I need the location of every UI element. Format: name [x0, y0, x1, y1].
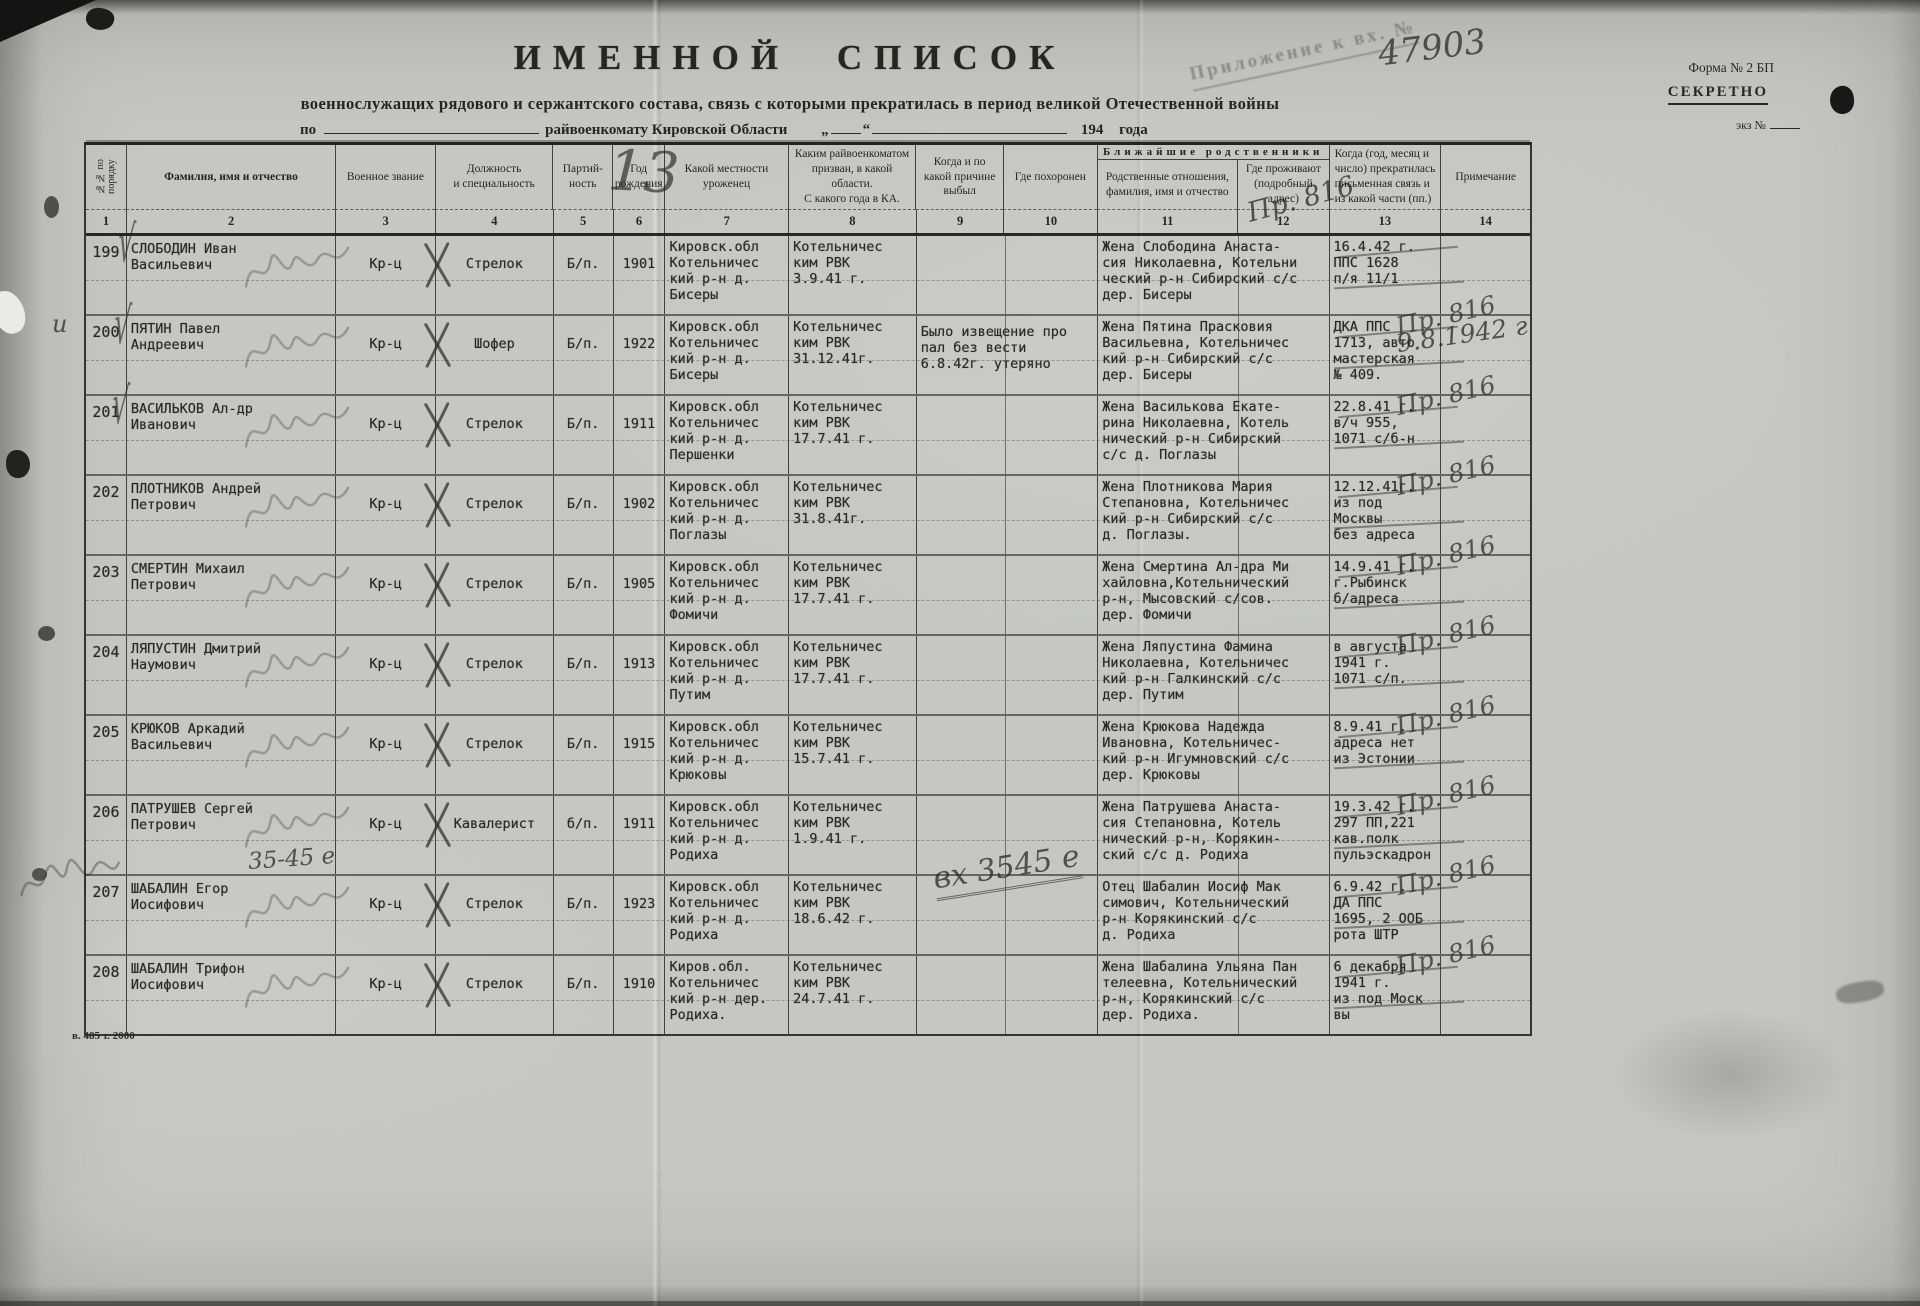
form-number: Форма № 2 БП — [1688, 60, 1774, 76]
cell-draft-office: Котельничес ким РВК 3.9.41 г. — [788, 236, 916, 314]
cell-relatives: Жена Слободина Анаста- сия Николаевна, К… — [1097, 236, 1328, 314]
cell-party: Б/п. — [553, 636, 613, 714]
cell-relatives: Отец Шабалин Иосиф Мак симович, Котельни… — [1097, 876, 1328, 954]
cell-relatives: Жена Ляпустина Фамина Николаевна, Котель… — [1097, 636, 1328, 714]
cell-relatives: Жена Пятина Прасковия Васильевна, Котель… — [1097, 316, 1328, 394]
casualty-list-table: №№ по порядку Фамилия, имя и отчество Во… — [84, 142, 1532, 1036]
cell-birth-year: 1910 — [613, 956, 665, 1034]
cell-origin: Кировск.обл Котельничес кий р-н д. Бисер… — [664, 316, 788, 394]
pencil-x-mark — [420, 880, 454, 930]
cell-birth-year: 1911 — [613, 796, 665, 874]
blank-line — [872, 120, 1067, 134]
table-row: 208 ШАБАЛИН Трифон Иосифович Кр-ц Стрело… — [86, 956, 1530, 1034]
cell-row-number: 201 — [86, 396, 126, 474]
cell-origin: Кировск.обл Котельничес кий р-н д. Крюко… — [664, 716, 788, 794]
table-row: 203 СМЕРТИН Михаил Петрович Кр-ц Стрелок… — [86, 556, 1530, 636]
cell-party: б/п. — [553, 796, 613, 874]
col-number: 3 — [335, 209, 435, 233]
punch-hole — [6, 450, 30, 478]
cell-birth-year: 1901 — [613, 236, 665, 314]
col-number: 1 — [86, 209, 126, 233]
cell-birth-year: 1905 — [613, 556, 665, 634]
col-group-relatives: Ближайшие родственники Родственные отнош… — [1097, 145, 1329, 209]
ink-blob — [1828, 84, 1856, 115]
cell-loss-reason — [916, 876, 1097, 954]
cell-birth-year: 1902 — [613, 476, 665, 554]
col-header-last-contact: Когда (год, месяц и число) прекратилась … — [1329, 145, 1441, 209]
cell-party: Б/п. — [553, 396, 613, 474]
cell-party: Б/п. — [553, 236, 613, 314]
table-row: 201 ВАСИЛЬКОВ Ал-др Иванович Кр-ц Стрело… — [86, 396, 1530, 476]
table-row: 205 КРЮКОВ Аркадий Васильевич Кр-ц Стрел… — [86, 716, 1530, 796]
year-prefix: 194 — [1081, 122, 1104, 138]
col-header-rank: Военное звание — [335, 145, 435, 209]
blank-line — [1770, 119, 1800, 129]
cell-party: Б/п. — [553, 956, 613, 1034]
col-number: 6 — [613, 209, 665, 233]
print-run-code: в. 485 т. 2000 — [72, 1030, 135, 1042]
cell-origin: Кировск.обл Котельничес кий р-н д. Перше… — [664, 396, 788, 474]
cell-birth-year: 1913 — [613, 636, 665, 714]
cell-draft-office: Котельничес ким РВК 31.8.41г. — [788, 476, 916, 554]
scan-edge-shadow — [0, 1301, 1920, 1306]
col-number: 10 — [1003, 209, 1097, 233]
year-suffix: года — [1119, 122, 1148, 138]
col-number: 8 — [788, 209, 916, 233]
table-body: 199 СЛОБОДИН Иван Васильевич Кр-ц Стрело… — [86, 236, 1530, 1034]
cell-relatives: Жена Шабалина Ульяна Пан телеевна, Котел… — [1097, 956, 1328, 1034]
scanned-document-page: ИМЕННОЙ СПИСОК военнослужащих рядового и… — [0, 0, 1920, 1306]
col-header-loss-reason: Когда и по какой причине выбыл — [915, 145, 1003, 209]
cell-loss-reason — [916, 956, 1097, 1034]
cell-relatives: Жена Плотникова Мария Степановна, Котель… — [1097, 476, 1328, 554]
pencil-x-mark — [420, 560, 454, 610]
cell-origin: Киров.обл. Котельничес кий р-н дер. Роди… — [664, 956, 788, 1034]
col-header-name: Фамилия, имя и отчество — [126, 145, 335, 209]
cell-draft-office: Котельничес ким РВК 24.7.41 г. — [788, 956, 916, 1034]
cell-loss-reason — [916, 396, 1097, 474]
punch-hole — [44, 196, 59, 218]
quote-open: „ — [821, 122, 829, 138]
cell-birth-year: 1923 — [613, 876, 665, 954]
col-number: 12 — [1237, 209, 1329, 233]
cell-party: Б/п. — [553, 316, 613, 394]
col-header-relation: Родственные отношения, фамилия, имя и от… — [1098, 160, 1237, 209]
cell-row-number: 199 — [86, 236, 126, 314]
cell-row-number: 204 — [86, 636, 126, 714]
cell-draft-office: Котельничес ким РВК 18.6.42 г. — [788, 876, 916, 954]
cell-origin: Кировск.обл Котельничес кий р-н д. Родих… — [664, 876, 788, 954]
ink-blob — [84, 5, 116, 33]
col-number: 9 — [916, 209, 1004, 233]
quote-close: “ — [863, 122, 871, 138]
cell-draft-office: Котельничес ким РВК 17.7.41 г. — [788, 396, 916, 474]
col-header-party: Партий- ность — [552, 145, 612, 209]
document-subtitle: военнослужащих рядового и сержантского с… — [70, 94, 1510, 114]
cell-relatives: Жена Крюкова Надежда Ивановна, Котельнич… — [1097, 716, 1328, 794]
cell-row-number: 205 — [86, 716, 126, 794]
cell-relatives: Жена Смертина Ал-дра Ми хайловна,Котельн… — [1097, 556, 1328, 634]
blank-line — [831, 120, 861, 134]
cell-party: Б/п. — [553, 476, 613, 554]
cell-row-number: 200 — [86, 316, 126, 394]
col-header-burial: Где похоронен — [1003, 145, 1097, 209]
cell-birth-year: 1922 — [613, 316, 665, 394]
header-row: №№ по порядку Фамилия, имя и отчество Во… — [86, 145, 1530, 209]
cell-party: Б/п. — [553, 556, 613, 634]
cell-row-number: 207 — [86, 876, 126, 954]
cell-loss-reason — [916, 636, 1097, 714]
cell-relatives: Жена Патрушева Анаста- сия Степановна, К… — [1097, 796, 1328, 874]
cell-origin: Кировск.обл Котельничес кий р-н д. Погла… — [664, 476, 788, 554]
cell-loss-reason — [916, 476, 1097, 554]
paper-tear — [0, 286, 30, 337]
cell-draft-office: Котельничес ким РВК 17.7.41 г. — [788, 556, 916, 634]
cell-draft-office: Котельничес ким РВК 1.9.41 г. — [788, 796, 916, 874]
cell-origin: Кировск.обл Котельничес кий р-н д. Родих… — [664, 796, 788, 874]
cell-loss-reason — [916, 556, 1097, 634]
col-number: 2 — [126, 209, 335, 233]
rvk-fill-line: порайвоенкомату Кировской Области „“ 194… — [84, 120, 1532, 139]
po-label: по — [300, 122, 316, 138]
cell-birth-year: 1911 — [613, 396, 665, 474]
pencil-x-mark — [420, 640, 454, 690]
copy-number-line: экз № — [1736, 118, 1800, 133]
rvk-label: райвоенкомату Кировской Области — [545, 122, 787, 138]
col-header-note: Примечание — [1440, 145, 1530, 209]
cell-loss-reason — [916, 796, 1097, 874]
cell-draft-office: Котельничес ким РВК 15.7.41 г. — [788, 716, 916, 794]
col-header-birth-year: Год рождения — [612, 145, 664, 209]
col-header-origin: Какой местности уроженец — [664, 145, 788, 209]
secrecy-stamp: СЕКРЕТНО — [1668, 84, 1768, 105]
pencil-x-mark — [420, 240, 454, 290]
cell-row-number: 206 — [86, 796, 126, 874]
cell-row-number: 203 — [86, 556, 126, 634]
pencil-x-mark — [420, 480, 454, 530]
col-number: 13 — [1329, 209, 1441, 233]
punch-hole — [38, 626, 55, 641]
col-number: 14 — [1440, 209, 1530, 233]
col-number: 11 — [1097, 209, 1237, 233]
blank-line — [324, 120, 539, 134]
cell-draft-office: Котельничес ким РВК 17.7.41 г. — [788, 636, 916, 714]
paper-stain — [1560, 980, 1900, 1170]
table-row: 202 ПЛОТНИКОВ Андрей Петрович Кр-ц Стрел… — [86, 476, 1530, 556]
col-header-address: Где проживают (подробный адрес) — [1237, 160, 1329, 209]
cell-loss-reason — [916, 716, 1097, 794]
column-numbers-row: 1 2 3 4 5 6 7 8 9 10 11 12 13 14 — [86, 209, 1530, 233]
cell-row-number: 202 — [86, 476, 126, 554]
paper-smudge — [1835, 978, 1886, 1006]
pencil-x-mark — [420, 320, 454, 370]
table-row: 199 СЛОБОДИН Иван Васильевич Кр-ц Стрело… — [86, 236, 1530, 316]
cell-origin: Кировск.обл Котельничес кий р-н д. Фомич… — [664, 556, 788, 634]
cell-party: Б/п. — [553, 716, 613, 794]
table-header: №№ по порядку Фамилия, имя и отчество Во… — [86, 145, 1530, 236]
cell-relatives: Жена Василькова Екате- рина Николаевна, … — [1097, 396, 1328, 474]
scan-corner-shadow — [0, 0, 96, 42]
copy-label: экз № — [1736, 118, 1766, 132]
pencil-x-mark — [420, 400, 454, 450]
cell-party: Б/п. — [553, 876, 613, 954]
cell-row-number: 208 — [86, 956, 126, 1034]
pencil-x-mark — [420, 800, 454, 850]
col-number: 5 — [553, 209, 613, 233]
handwritten-margin-mark: и — [52, 310, 67, 338]
pencil-x-mark — [420, 720, 454, 770]
pencil-x-mark — [420, 960, 454, 1010]
cell-origin: Кировск.обл Котельничес кий р-н д. Бисер… — [664, 236, 788, 314]
col-number: 4 — [435, 209, 553, 233]
table-row: 206 ПАТРУШЕВ Сергей Петрович Кр-ц Кавале… — [86, 796, 1530, 876]
col-header-position: Должность и специальность — [435, 145, 553, 209]
col-number: 7 — [664, 209, 788, 233]
cell-draft-office: Котельничес ким РВК 31.12.41г. — [788, 316, 916, 394]
col-header-number: №№ по порядку — [86, 145, 126, 209]
table-row: 207 ШАБАЛИН Егор Иосифович Кр-ц Стрелок … — [86, 876, 1530, 956]
cell-origin: Кировск.обл Котельничес кий р-н д. Путим — [664, 636, 788, 714]
cell-loss-reason: Было извещение про пал без вести 6.8.42г… — [916, 316, 1097, 394]
cell-loss-reason — [916, 236, 1097, 314]
col-header-draft-office: Каким райвоенкоматом призван, в какой об… — [788, 145, 916, 209]
table-row: 204 ЛЯПУСТИН Дмитрий Наумович Кр-ц Стрел… — [86, 636, 1530, 716]
group-header-relatives: Ближайшие родственники — [1098, 145, 1329, 160]
cell-birth-year: 1915 — [613, 716, 665, 794]
table-row: 200 ПЯТИН Павел Андреевич Кр-ц Шофер Б/п… — [86, 316, 1530, 396]
